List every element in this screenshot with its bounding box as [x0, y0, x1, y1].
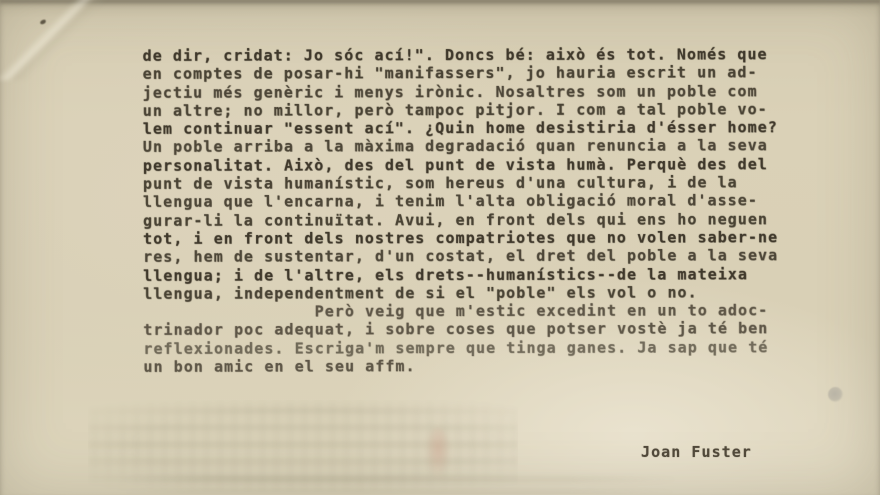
letter-line: gurar-li la continuïtat. Avui, en front … [143, 210, 803, 230]
letter-line: trinador poc adequat, i sobre coses que … [143, 320, 803, 340]
letter-line: llengua, independentment de si el "poble… [143, 283, 803, 303]
letter-line: en comptes de posar-hi "manifassers", jo… [143, 63, 803, 83]
letter-line: llengua; i de l'altre, els drets--humaní… [143, 265, 803, 285]
letter-line: punt de vista humanístic, som hereus d'u… [143, 173, 803, 193]
letter-line: tot, i en front dels nostres compatriote… [143, 228, 803, 248]
red-ink-smudge [425, 428, 451, 480]
paper-crease-mark [0, 0, 140, 80]
scanned-letter-page: de dir, cridat: Jo sóc ací!". Doncs bé: … [0, 0, 880, 495]
letter-line: llengua que l'encarna, i tenim l'alta ob… [143, 192, 803, 212]
letter-line: un bon amic en el seu affm. [143, 356, 803, 376]
signature-typed-name: Joan Fuster [641, 443, 752, 461]
letter-body: de dir, cridat: Jo sóc ací!". Doncs bé: … [143, 45, 804, 376]
hole-punch-mark [828, 387, 843, 402]
letter-line: personalitat. Això, des del punt de vist… [143, 155, 803, 175]
bleed-through-text-lower [120, 470, 680, 494]
letter-line: un altre; no millor, però tampoc pitjor.… [143, 100, 803, 120]
letter-line: lem continuar "essent ací". ¿Quin home d… [143, 118, 803, 138]
letter-line: jectiu més genèric i menys irònic. Nosal… [143, 82, 803, 102]
letter-line: reflexionades. Escriga'm sempre que ting… [143, 338, 803, 358]
letter-line: de dir, cridat: Jo sóc ací!". Doncs bé: … [143, 45, 803, 65]
letter-line: Un poble arriba a la màxima degradació q… [143, 137, 803, 157]
letter-line: Però veig que m'estic excedint en un to … [143, 301, 803, 321]
letter-line: res, hem de sustentar, d'un costat, el d… [143, 246, 803, 266]
